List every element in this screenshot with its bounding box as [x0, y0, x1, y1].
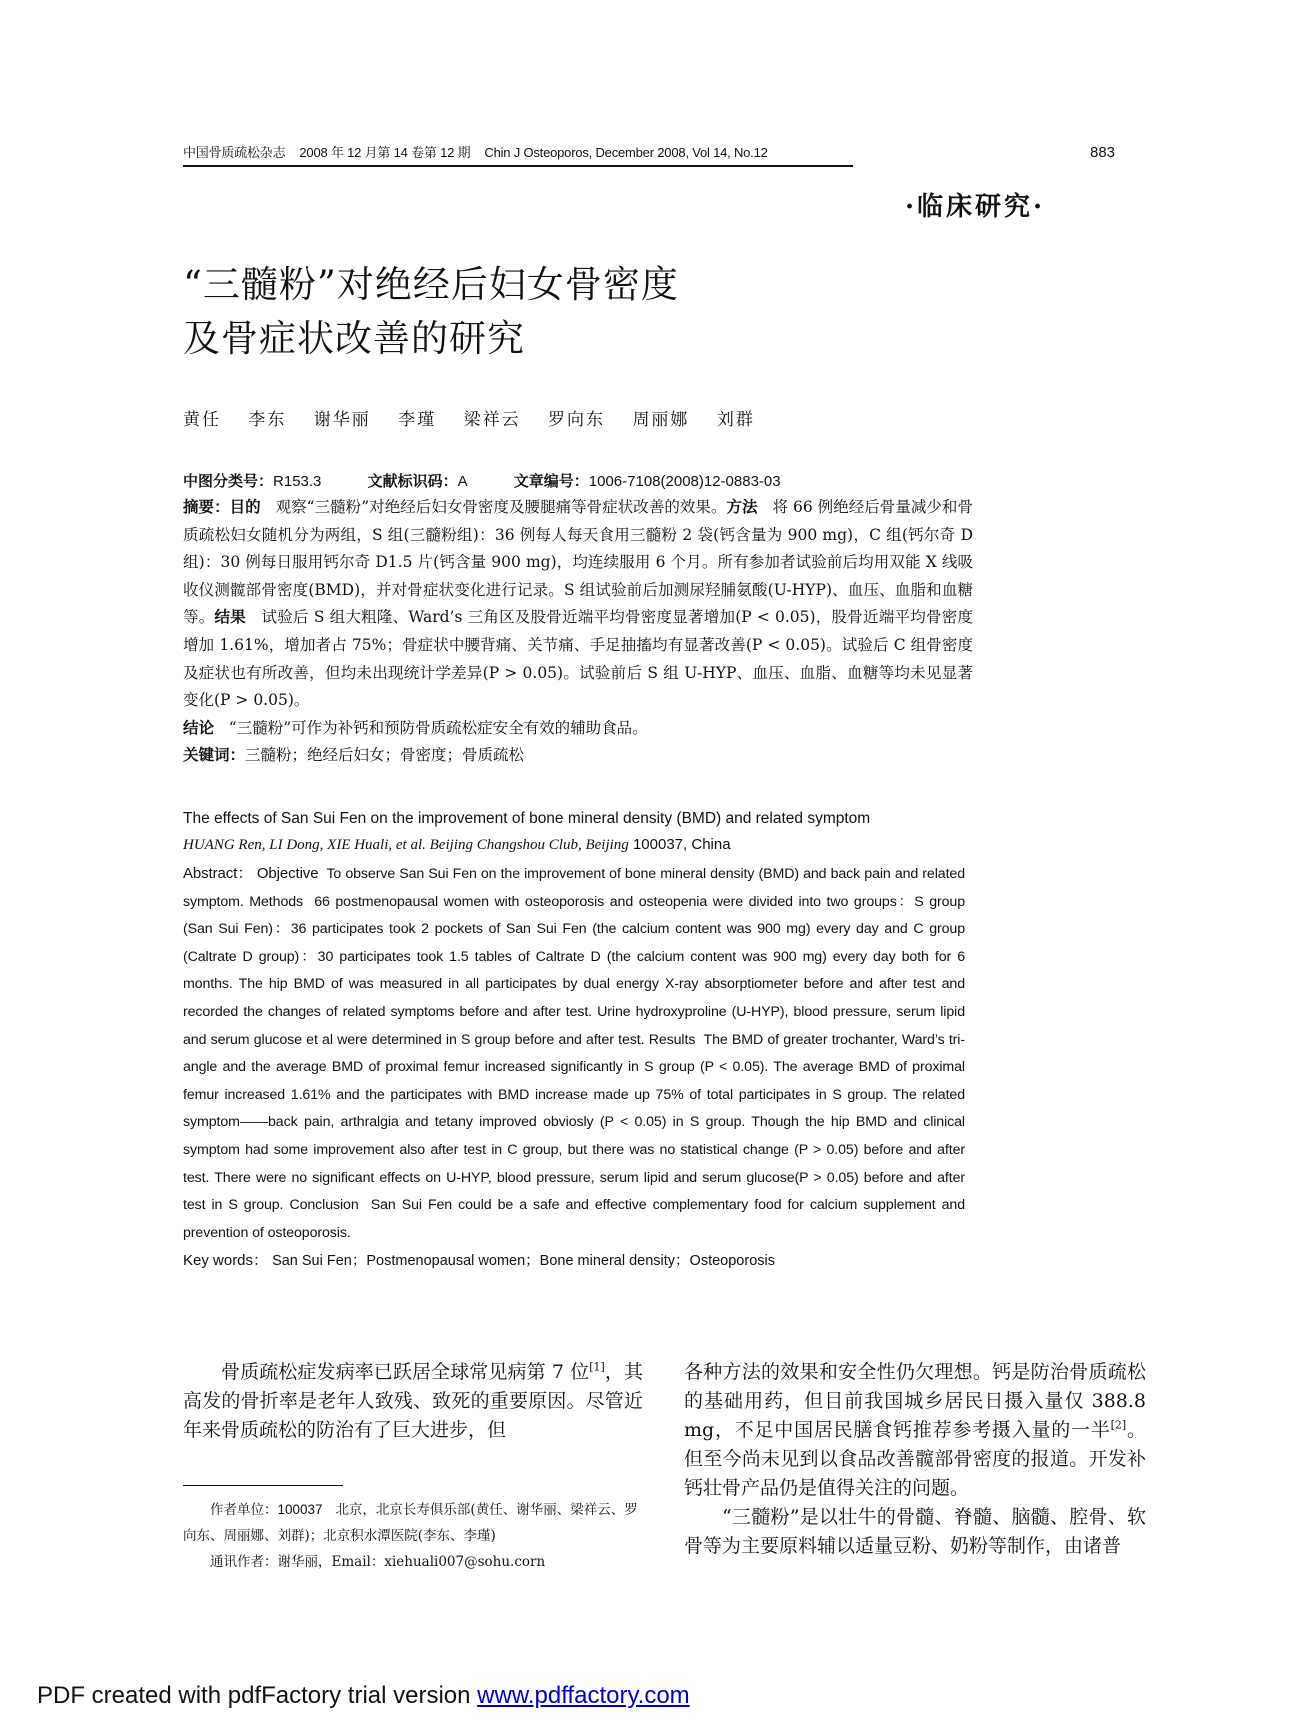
- body-paragraph: 骨质疏松症发病率已跃居全球常见病第 7 位[1]，其高发的骨折率是老年人致残、致…: [183, 1358, 643, 1445]
- conclusion-label: 结论: [183, 720, 214, 737]
- running-header: 中国骨质疏松杂志2008 年 12 月第 14 卷第 12 期Chin J Os…: [183, 142, 853, 167]
- document-code: 文献标识码：A: [368, 473, 468, 490]
- author: 黄任: [183, 410, 221, 430]
- footnotes: 作者单位：100037 北京，北京长寿俱乐部(黄任、谢华丽、梁祥云、罗向东、周丽…: [183, 1497, 643, 1575]
- english-abstract-body: Abstract： Objective To observe San Sui F…: [183, 860, 965, 1247]
- citation-2: [2]: [1111, 1419, 1127, 1432]
- clc-number: 中图分类号：R153.3: [183, 473, 321, 490]
- watermark-text: PDF created with pdfFactory trial versio…: [37, 1682, 477, 1709]
- en-methods-label: Methods: [249, 894, 303, 910]
- page-number: 883: [1090, 144, 1115, 161]
- english-title: The effects of San Sui Fen on the improv…: [183, 810, 965, 828]
- body-column-right: 各种方法的效果和安全性仍欠理想。钙是防治骨质疏松的基础用药，但目前我国城乡居民日…: [684, 1358, 1146, 1561]
- abstract-cn: 摘要：目的 观察“三髓粉”对绝经后妇女骨密度及腰腿痛等骨症状改善的效果。方法 将…: [183, 494, 973, 770]
- results-label: 结果: [214, 609, 245, 626]
- footnote-divider: [183, 1485, 343, 1486]
- en-results-label: Results: [649, 1032, 696, 1048]
- en-abstract-label: Abstract：: [183, 865, 253, 882]
- keywords-label: 关键词：: [183, 747, 245, 764]
- author: 谢华丽: [314, 410, 371, 430]
- author: 罗向东: [548, 410, 605, 430]
- conclusion-cn: 结论 “三髓粉”可作为补钙和预防骨质疏松症安全有效的辅助食品。: [183, 715, 973, 743]
- corresponding-author: 通讯作者：谢华丽，Email：xiehuali007@sohu.corn: [183, 1549, 643, 1575]
- author: 李瑾: [398, 410, 436, 430]
- results-text: 试验后 S 组大粗隆、Ward’s 三角区及股骨近端平均骨密度显著增加(P < …: [183, 608, 973, 709]
- abstract-cn-body: 摘要：目的 观察“三髓粉”对绝经后妇女骨密度及腰腿痛等骨症状改善的效果。方法 将…: [183, 494, 973, 715]
- english-authors: HUANG Ren, LI Dong, XIE Huali, et al. Be…: [183, 836, 965, 854]
- methods-label: 方法: [727, 499, 758, 516]
- author-affiliation: 作者单位：100037 北京，北京长寿俱乐部(黄任、谢华丽、梁祥云、罗向东、周丽…: [183, 1497, 643, 1549]
- body-column-left: 骨质疏松症发病率已跃居全球常见病第 7 位[1]，其高发的骨折率是老年人致残、致…: [183, 1358, 643, 1445]
- objective-label: 目的: [230, 499, 261, 516]
- title-line-1: “三髓粉”对绝经后妇女骨密度: [183, 263, 679, 306]
- en-methods-text: 66 postmenopausal women with osteoporosi…: [183, 894, 965, 1048]
- abstract-en: The effects of San Sui Fen on the improv…: [183, 810, 965, 1275]
- body-paragraph: “三髓粉”是以壮牛的骨髓、脊髓、脑髓、腔骨、软骨等为主要原料辅以适量豆粉、奶粉等…: [684, 1503, 1146, 1561]
- author: 刘群: [717, 410, 755, 430]
- abstract-label: 摘要：: [183, 499, 230, 516]
- citation-1: [1]: [589, 1361, 605, 1374]
- pdffactory-link[interactable]: www.pdffactory.com: [477, 1682, 690, 1709]
- title-line-2: 及骨症状改善的研究: [183, 317, 525, 360]
- author: 周丽娜: [632, 410, 689, 430]
- conclusion-text: “三髓粉”可作为补钙和预防骨质疏松症安全有效的辅助食品。: [229, 719, 648, 737]
- en-conclusion-label: Conclusion: [289, 1197, 358, 1213]
- article-id: 文章编号：1006-7108(2008)12-0883-03: [514, 473, 781, 490]
- en-objective-label: Objective: [257, 865, 319, 882]
- article-title: “三髓粉”对绝经后妇女骨密度 及骨症状改善的研究: [183, 258, 679, 366]
- pdf-watermark: PDF created with pdfFactory trial versio…: [37, 1682, 690, 1710]
- keywords-text: 三髓粉；绝经后妇女；骨密度；骨质疏松: [245, 746, 524, 764]
- author: 梁祥云: [464, 410, 521, 430]
- journal-name-cn: 中国骨质疏松杂志: [183, 145, 285, 160]
- author-list: 黄任 李东 谢华丽 李瑾 梁祥云 罗向东 周丽娜 刘群: [183, 405, 777, 430]
- en-results-text: The BMD of greater trochanter, Ward’s tr…: [183, 1032, 965, 1214]
- author: 李东: [248, 410, 286, 430]
- body-paragraph: 各种方法的效果和安全性仍欠理想。钙是防治骨质疏松的基础用药，但目前我国城乡居民日…: [684, 1358, 1146, 1503]
- issue-info-cn: 2008 年 12 月第 14 卷第 12 期: [299, 145, 470, 160]
- journal-citation-en: Chin J Osteoporos, December 2008, Vol 14…: [484, 145, 767, 160]
- section-label: ·临床研究·: [905, 186, 1045, 223]
- objective-text: 观察“三髓粉”对绝经后妇女骨密度及腰腿痛等骨症状改善的效果。: [276, 498, 727, 516]
- english-keywords: Key words： San Sui Fen；Postmenopausal wo…: [183, 1247, 965, 1275]
- keywords-cn: 关键词：三髓粉；绝经后妇女；骨密度；骨质疏松: [183, 742, 973, 770]
- article-metadata: 中图分类号：R153.3 文献标识码：A 文章编号：1006-7108(2008…: [183, 470, 823, 491]
